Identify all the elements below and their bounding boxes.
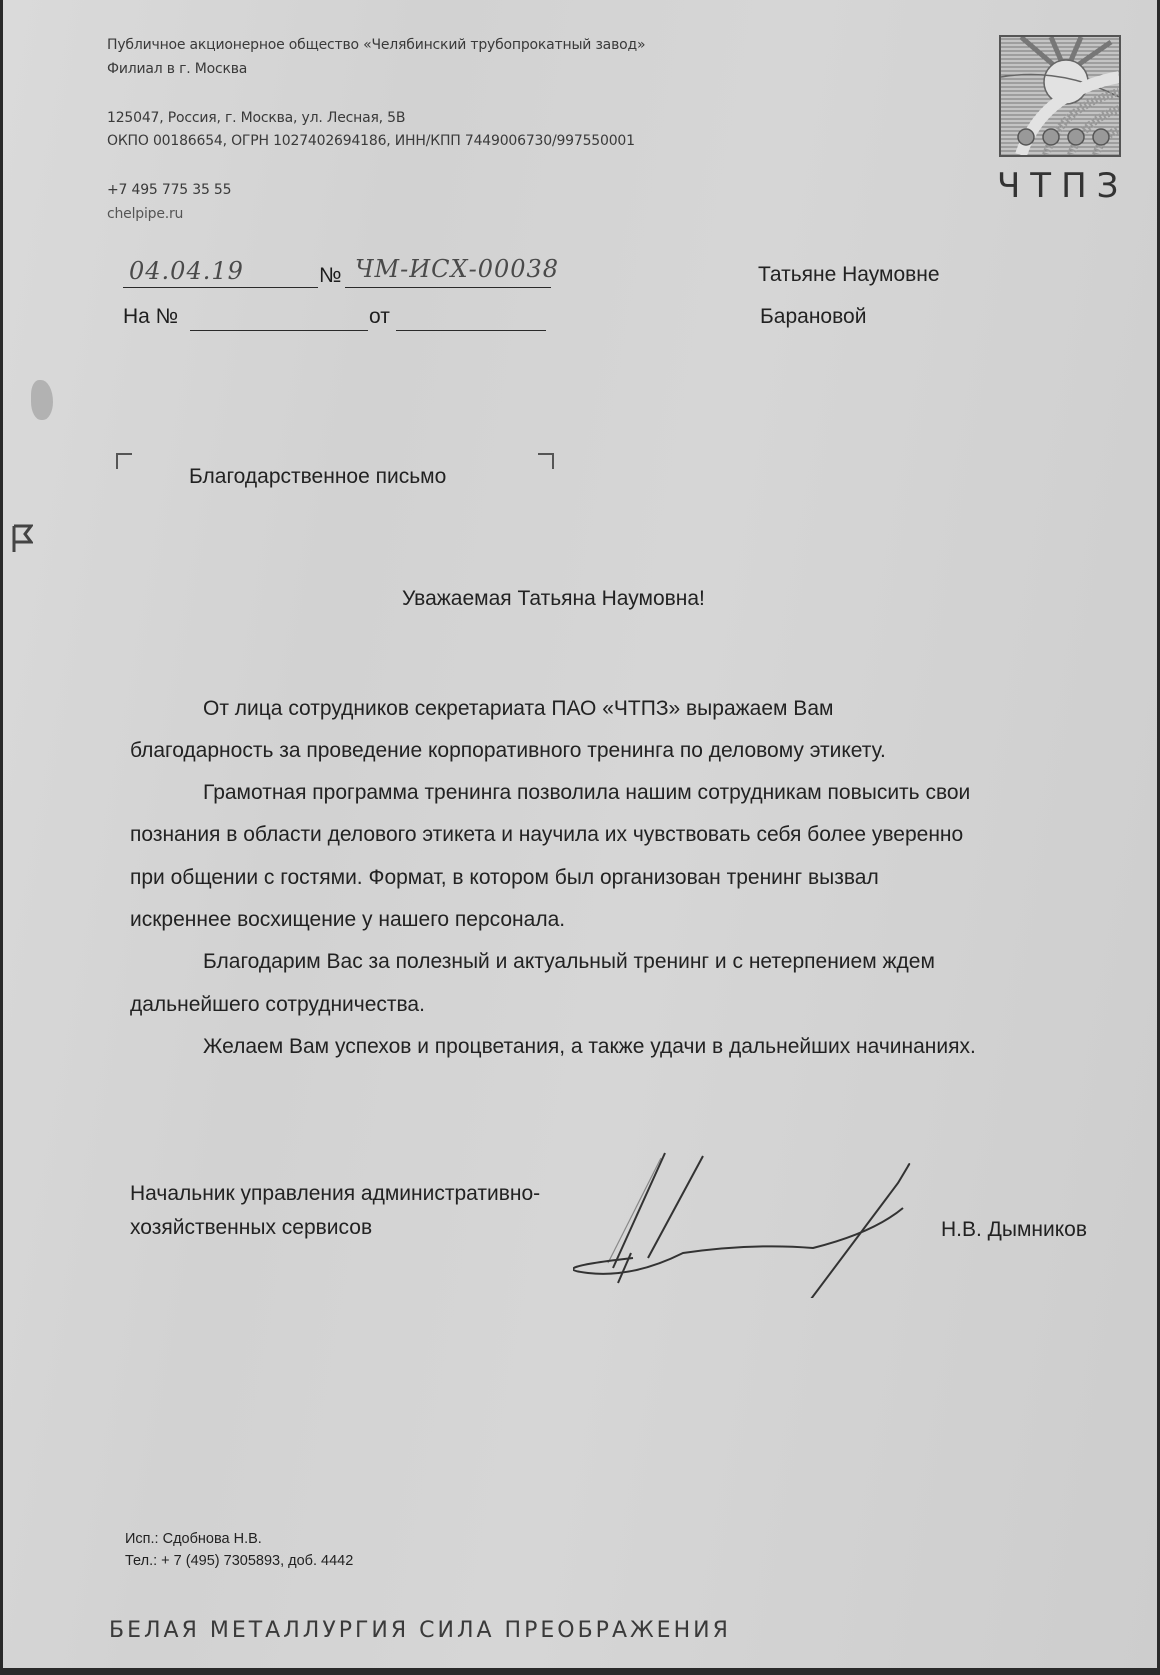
- body-line: дальнейшего сотрудничества.: [130, 993, 425, 1017]
- date-field: 04.04.19: [123, 263, 318, 288]
- subject-corner-left: [116, 453, 132, 469]
- signatory-name: Н.В. Дымников: [941, 1218, 1087, 1242]
- body-line: при общении с гостями. Формат, в котором…: [130, 866, 879, 890]
- flag-mark-icon: [11, 524, 33, 554]
- sender-phone: +7 495 775 35 55: [107, 182, 231, 198]
- body-line: Благодарим Вас за полезный и актуальный …: [203, 950, 935, 974]
- handwritten-signature-icon: [573, 1148, 973, 1298]
- sender-website: chelpipe.ru: [107, 206, 183, 222]
- signatory-title-line2: хозяйственных сервисов: [130, 1216, 372, 1240]
- body-line: От лица сотрудников секретариата ПАО «ЧТ…: [203, 697, 833, 721]
- body-line: искреннее восхищение у нашего персонала.: [130, 908, 565, 932]
- company-slogan: БЕЛАЯ МЕТАЛЛУРГИЯ СИЛА ПРЕОБРАЖЕНИЯ: [109, 1618, 731, 1643]
- executor-name: Исп.: Сдобнова Н.В.: [125, 1531, 262, 1547]
- recipient-name: Татьяне Наумовне: [758, 263, 940, 287]
- subject-corner-right: [538, 453, 554, 469]
- body-line: познания в области делового этикета и на…: [130, 823, 963, 847]
- recipient-surname: Барановой: [760, 305, 866, 329]
- body-line: благодарность за проведение корпоративно…: [130, 739, 886, 763]
- body-line: Грамотная программа тренинга позволила н…: [203, 781, 970, 805]
- body-line: Желаем Вам успехов и процветания, а такж…: [203, 1035, 976, 1059]
- ink-smudge: [31, 380, 53, 420]
- chtpz-emblem-icon: [999, 35, 1121, 157]
- reply-date-field: [396, 305, 546, 331]
- reply-number-field: [190, 305, 368, 331]
- number-field: ЧМ-ИСХ-00038: [345, 263, 551, 288]
- executor-phone: Тел.: + 7 (495) 7305893, доб. 4442: [125, 1553, 353, 1569]
- sender-address: 125047, Россия, г. Москва, ул. Лесная, 5…: [107, 110, 405, 126]
- reply-number-label: На №: [123, 305, 178, 329]
- letter-page: Публичное акционерное общество «Челябинс…: [3, 0, 1157, 1668]
- handwritten-date: 04.04.19: [129, 257, 244, 285]
- letter-greeting: Уважаемая Татьяна Наумовна!: [402, 587, 705, 611]
- letter-subject: Благодарственное письмо: [189, 465, 446, 489]
- handwritten-number: ЧМ-ИСХ-00038: [355, 255, 559, 283]
- sender-branch: Филиал в г. Москва: [107, 61, 247, 77]
- sender-company: Публичное акционерное общество «Челябинс…: [107, 37, 645, 53]
- number-label: №: [319, 264, 342, 288]
- sender-registry: ОКПО 00186654, ОГРН 1027402694186, ИНН/К…: [107, 133, 635, 149]
- reply-from-label: от: [369, 305, 390, 329]
- logo-wordmark: ЧТПЗ: [997, 166, 1128, 206]
- signatory-title-line1: Начальник управления административно-: [130, 1182, 540, 1206]
